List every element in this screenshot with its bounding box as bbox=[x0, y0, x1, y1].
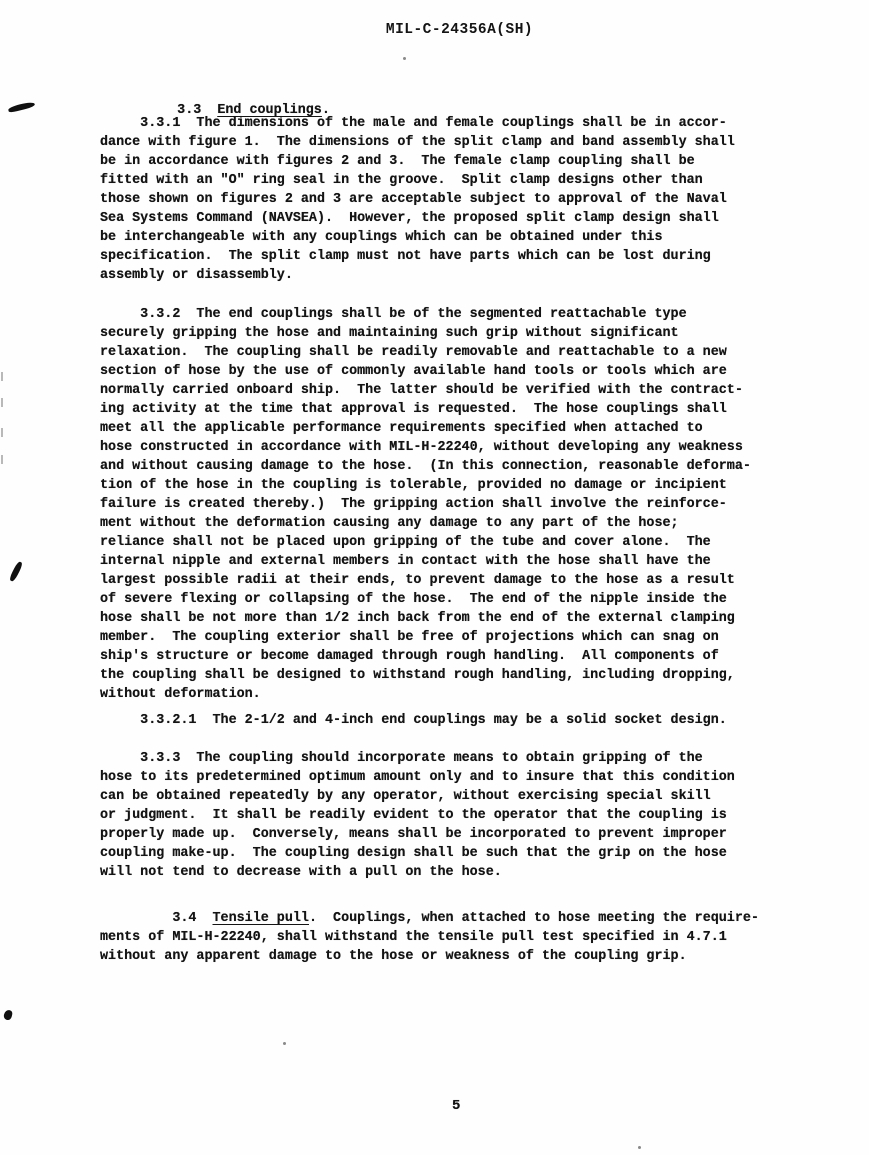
scan-speck bbox=[283, 1042, 286, 1045]
scan-edge-artifact bbox=[1, 398, 3, 407]
paragraph-3-3-3: 3.3.3 The coupling should incorporate me… bbox=[100, 749, 790, 882]
paragraph-3-4: 3.4 Tensile pull. Couplings, when attach… bbox=[100, 890, 790, 985]
page-number: 5 bbox=[452, 1098, 460, 1114]
scan-edge-artifact bbox=[1, 372, 3, 381]
paragraph-3-3-1: 3.3.1 The dimensions of the male and fem… bbox=[100, 114, 790, 285]
scan-edge-artifact bbox=[1, 455, 3, 464]
scan-speck bbox=[403, 57, 406, 60]
document-id-header: MIL-C-24356A(SH) bbox=[25, 22, 869, 38]
scan-edge-artifact bbox=[1, 428, 3, 437]
scanned-document-page: MIL-C-24356A(SH) 3.3 End couplings. 3.3.… bbox=[0, 0, 869, 1155]
scan-speck bbox=[638, 1146, 641, 1149]
pen-mark-icon bbox=[8, 101, 36, 113]
paragraph-3-3-2: 3.3.2 The end couplings shall be of the … bbox=[100, 305, 790, 704]
pen-mark-icon bbox=[9, 561, 24, 582]
paragraph-3-3-2-1: 3.3.2.1 The 2-1/2 and 4-inch end couplin… bbox=[100, 711, 790, 730]
paragraph-3-4-number: 3.4 bbox=[132, 911, 212, 926]
paragraph-3-4-title: Tensile pull bbox=[213, 911, 309, 926]
ink-blot-icon bbox=[3, 1009, 13, 1020]
